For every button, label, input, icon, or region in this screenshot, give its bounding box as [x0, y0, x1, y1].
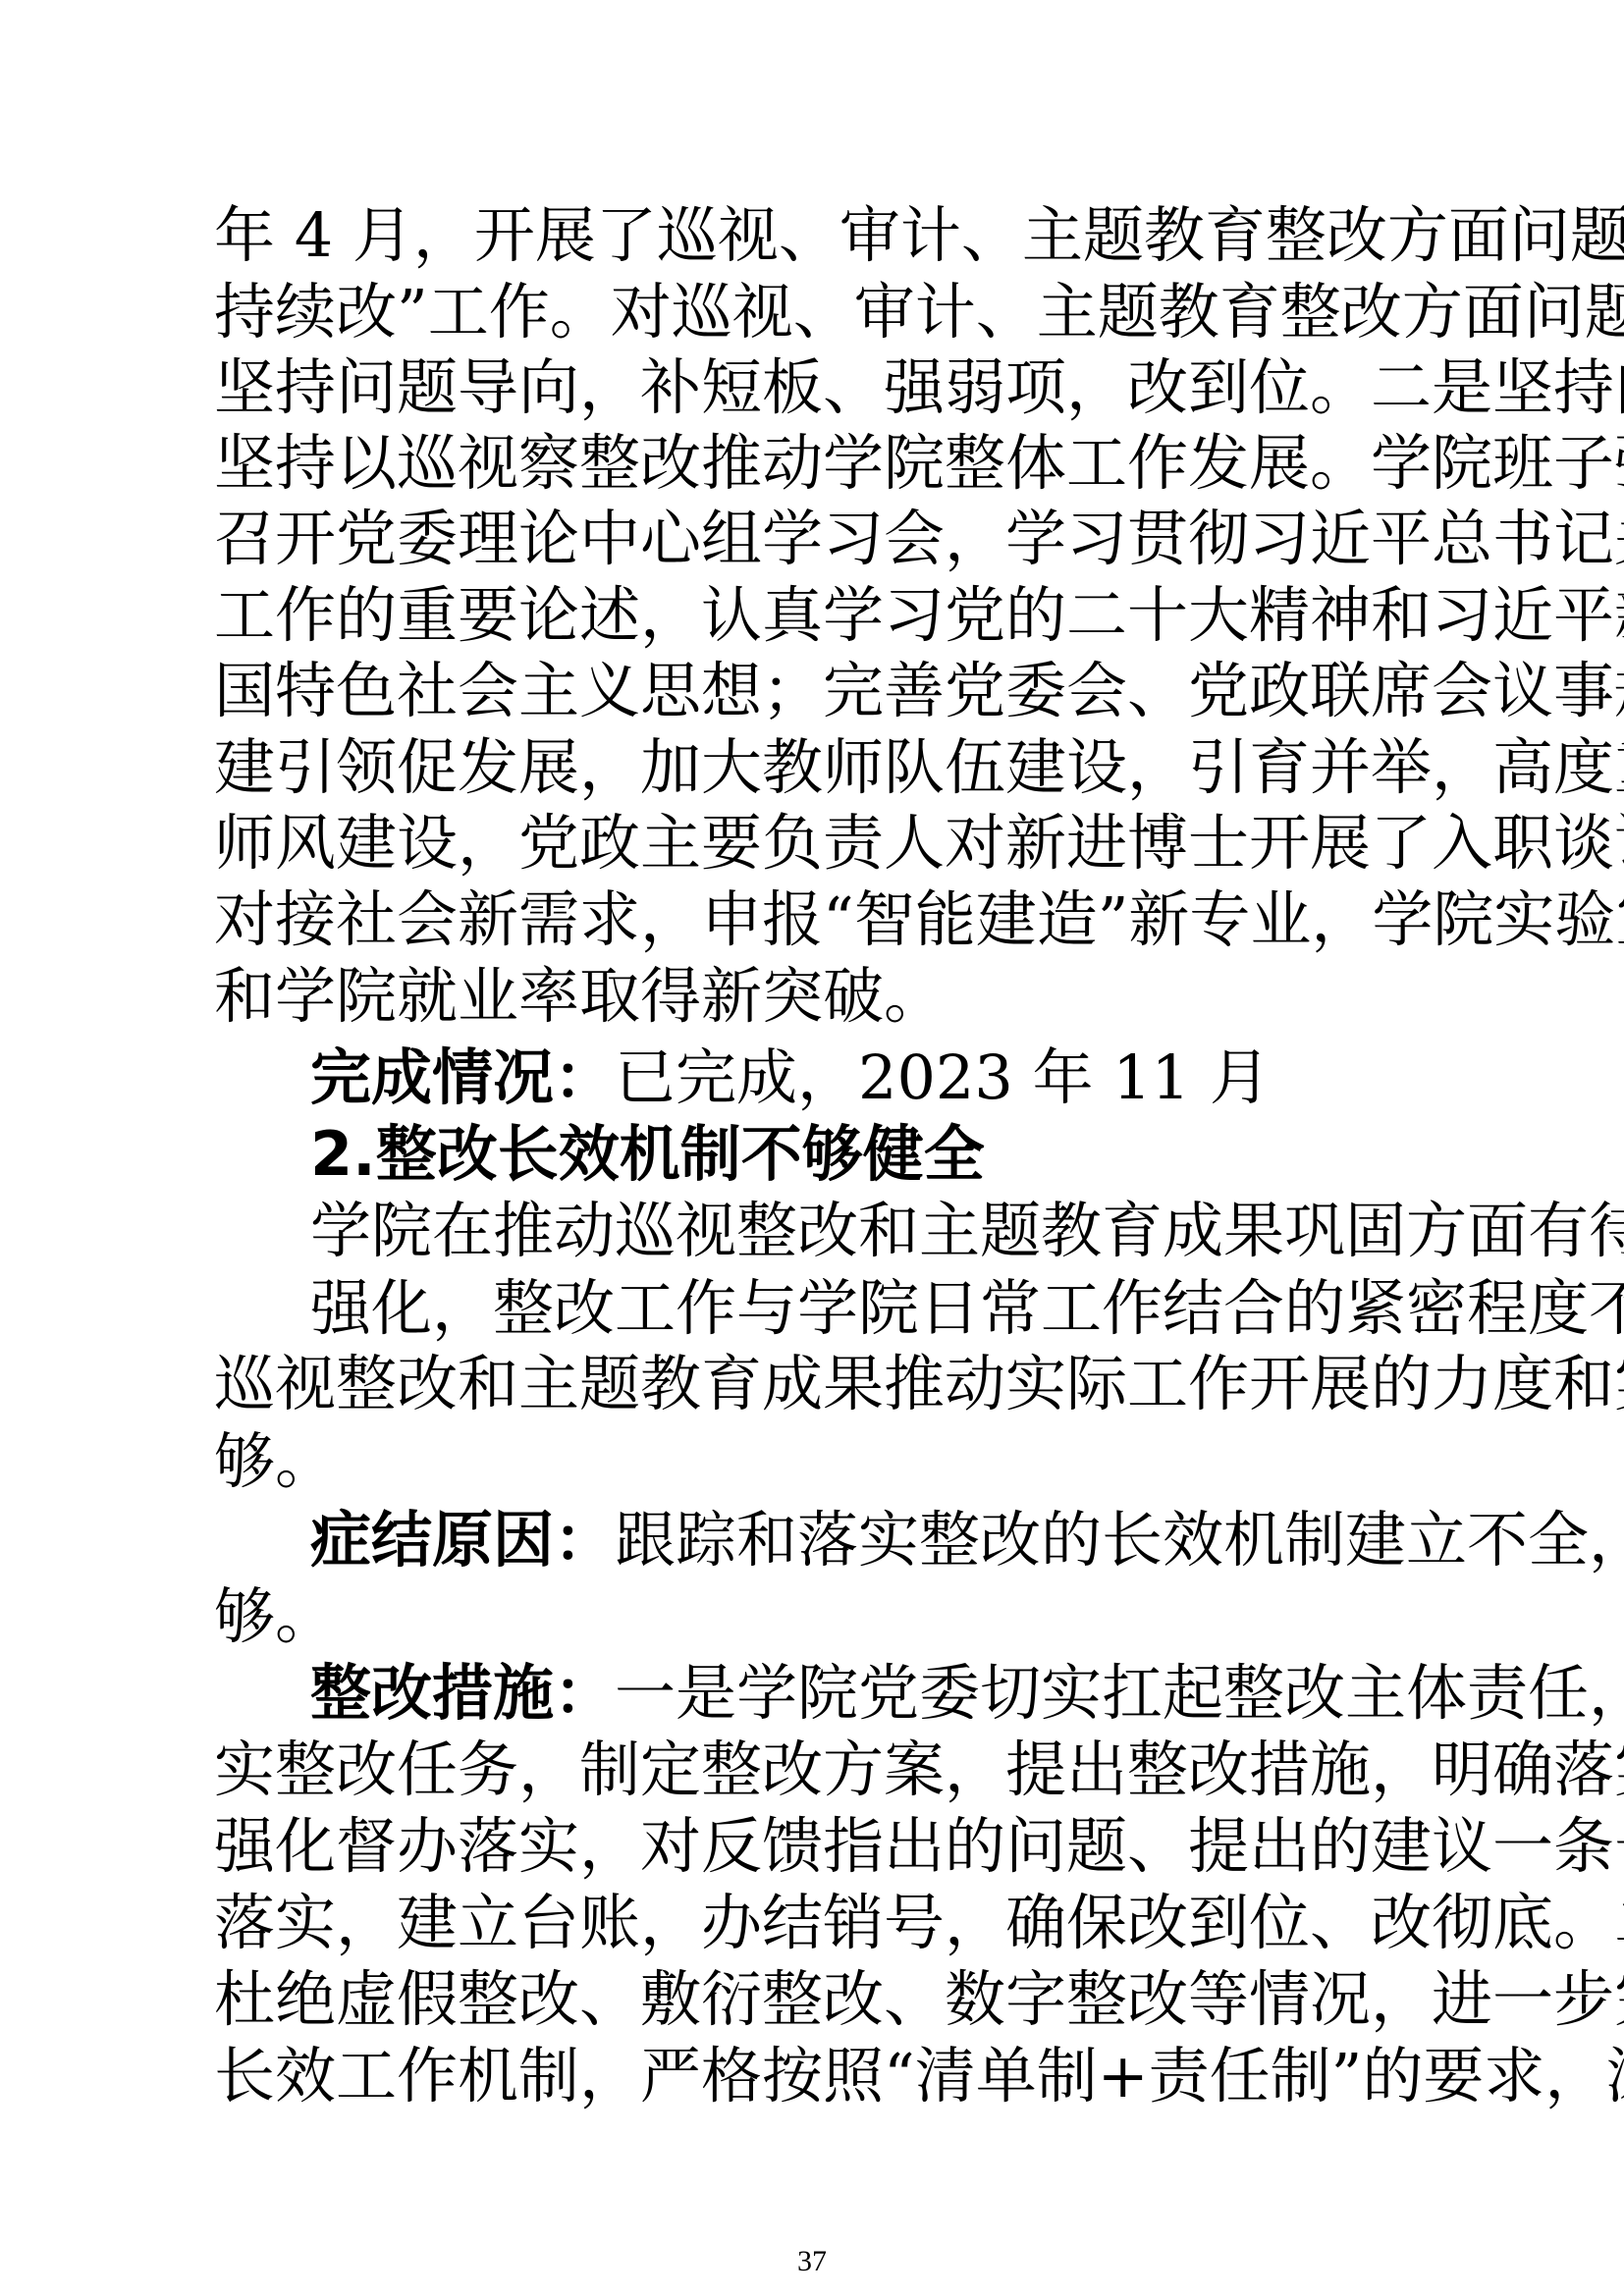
page-number: 37: [0, 2242, 1624, 2281]
problem-text-line: 巡视整改和主题教育成果推动实际工作开展的力度和实效性不: [214, 1346, 1414, 1422]
body-text-line: 工作的重要论述，认真学习党的二十大精神和习近平新时代中: [214, 577, 1414, 654]
cause-paragraph: 症结原因：跟踪和落实整改的长效机制建立不全，监督不: [310, 1502, 1414, 1578]
completion-value: 已完成，2023 年 11 月: [615, 1041, 1271, 1113]
measures-text-line: 落实，建立台账，办结销号，确保改到位、改彻底。二是坚决: [214, 1885, 1414, 1961]
measures-text: 一是学院党委切实扛起整改主体责任，坚决落: [615, 1657, 1624, 1729]
measures-text-line: 长效工作机制，严格按照“清单制+责任制”的要求，深刻剖析: [214, 2038, 1414, 2114]
measures-text-line: 实整改任务，制定整改方案，提出整改措施，明确落实职责，: [214, 1732, 1414, 1808]
body-text-line: 建引领促发展，加大教师队伍建设，引育并举，高度重视师德: [214, 729, 1414, 806]
document-page: 年 4 月，开展了巡视、审计、主题教育整改方面问题“回头看、 持续改”工作。对巡…: [0, 0, 1624, 2296]
problem-text-line: 够。: [214, 1423, 1414, 1500]
cause-label: 症结原因：: [310, 1504, 615, 1575]
body-text-line: 师风建设，党政主要负责人对新进博士开展了入职谈话。积极: [214, 805, 1414, 881]
cause-text-line: 够。: [214, 1578, 1414, 1655]
problem-text-line: 强化，整改工作与学院日常工作结合的紧密程度不足，以: [310, 1270, 1414, 1347]
body-text-line: 和学院就业率取得新突破。: [214, 958, 1414, 1035]
cause-text: 跟踪和落实整改的长效机制建立不全，监督不: [615, 1504, 1624, 1575]
body-text-line: 坚持以巡视察整改推动学院整体工作发展。学院班子强化学习，: [214, 425, 1414, 502]
measures-paragraph: 整改措施：一是学院党委切实扛起整改主体责任，坚决落: [310, 1655, 1414, 1732]
body-text-line: 国特色社会主义思想；完善党委会、党政联席会议事规则。党: [214, 653, 1414, 729]
measures-text-line: 杜绝虚假整改、敷衍整改、数字整改等情况，进一步完善整改: [214, 1961, 1414, 2038]
measures-text-line: 强化督办落实，对反馈指出的问题、提出的建议一条一条狠抓: [214, 1808, 1414, 1885]
completion-status: 完成情况：已完成，2023 年 11 月: [310, 1040, 1414, 1116]
measures-label: 整改措施：: [310, 1657, 615, 1729]
body-text-line: 召开党委理论中心组学习会，学习贯彻习近平总书记关于巡视: [214, 501, 1414, 577]
completion-label: 完成情况：: [310, 1041, 615, 1113]
body-text-line: 持续改”工作。对巡视、审计、主题教育整改方面问题再梳理，: [214, 274, 1414, 350]
section-heading: 2.整改长效机制不够健全: [310, 1116, 1414, 1193]
body-text-line: 坚持问题导向，补短板、强弱项，改到位。二是坚持问题导向，: [214, 349, 1414, 426]
body-text-line: 对接社会新需求，申报“智能建造”新专业，学院实验室建设: [214, 881, 1414, 958]
body-text-line: 年 4 月，开展了巡视、审计、主题教育整改方面问题“回头看、: [214, 197, 1414, 274]
problem-text-line: 学院在推动巡视整改和主题教育成果巩固方面有待进一步: [310, 1193, 1414, 1269]
